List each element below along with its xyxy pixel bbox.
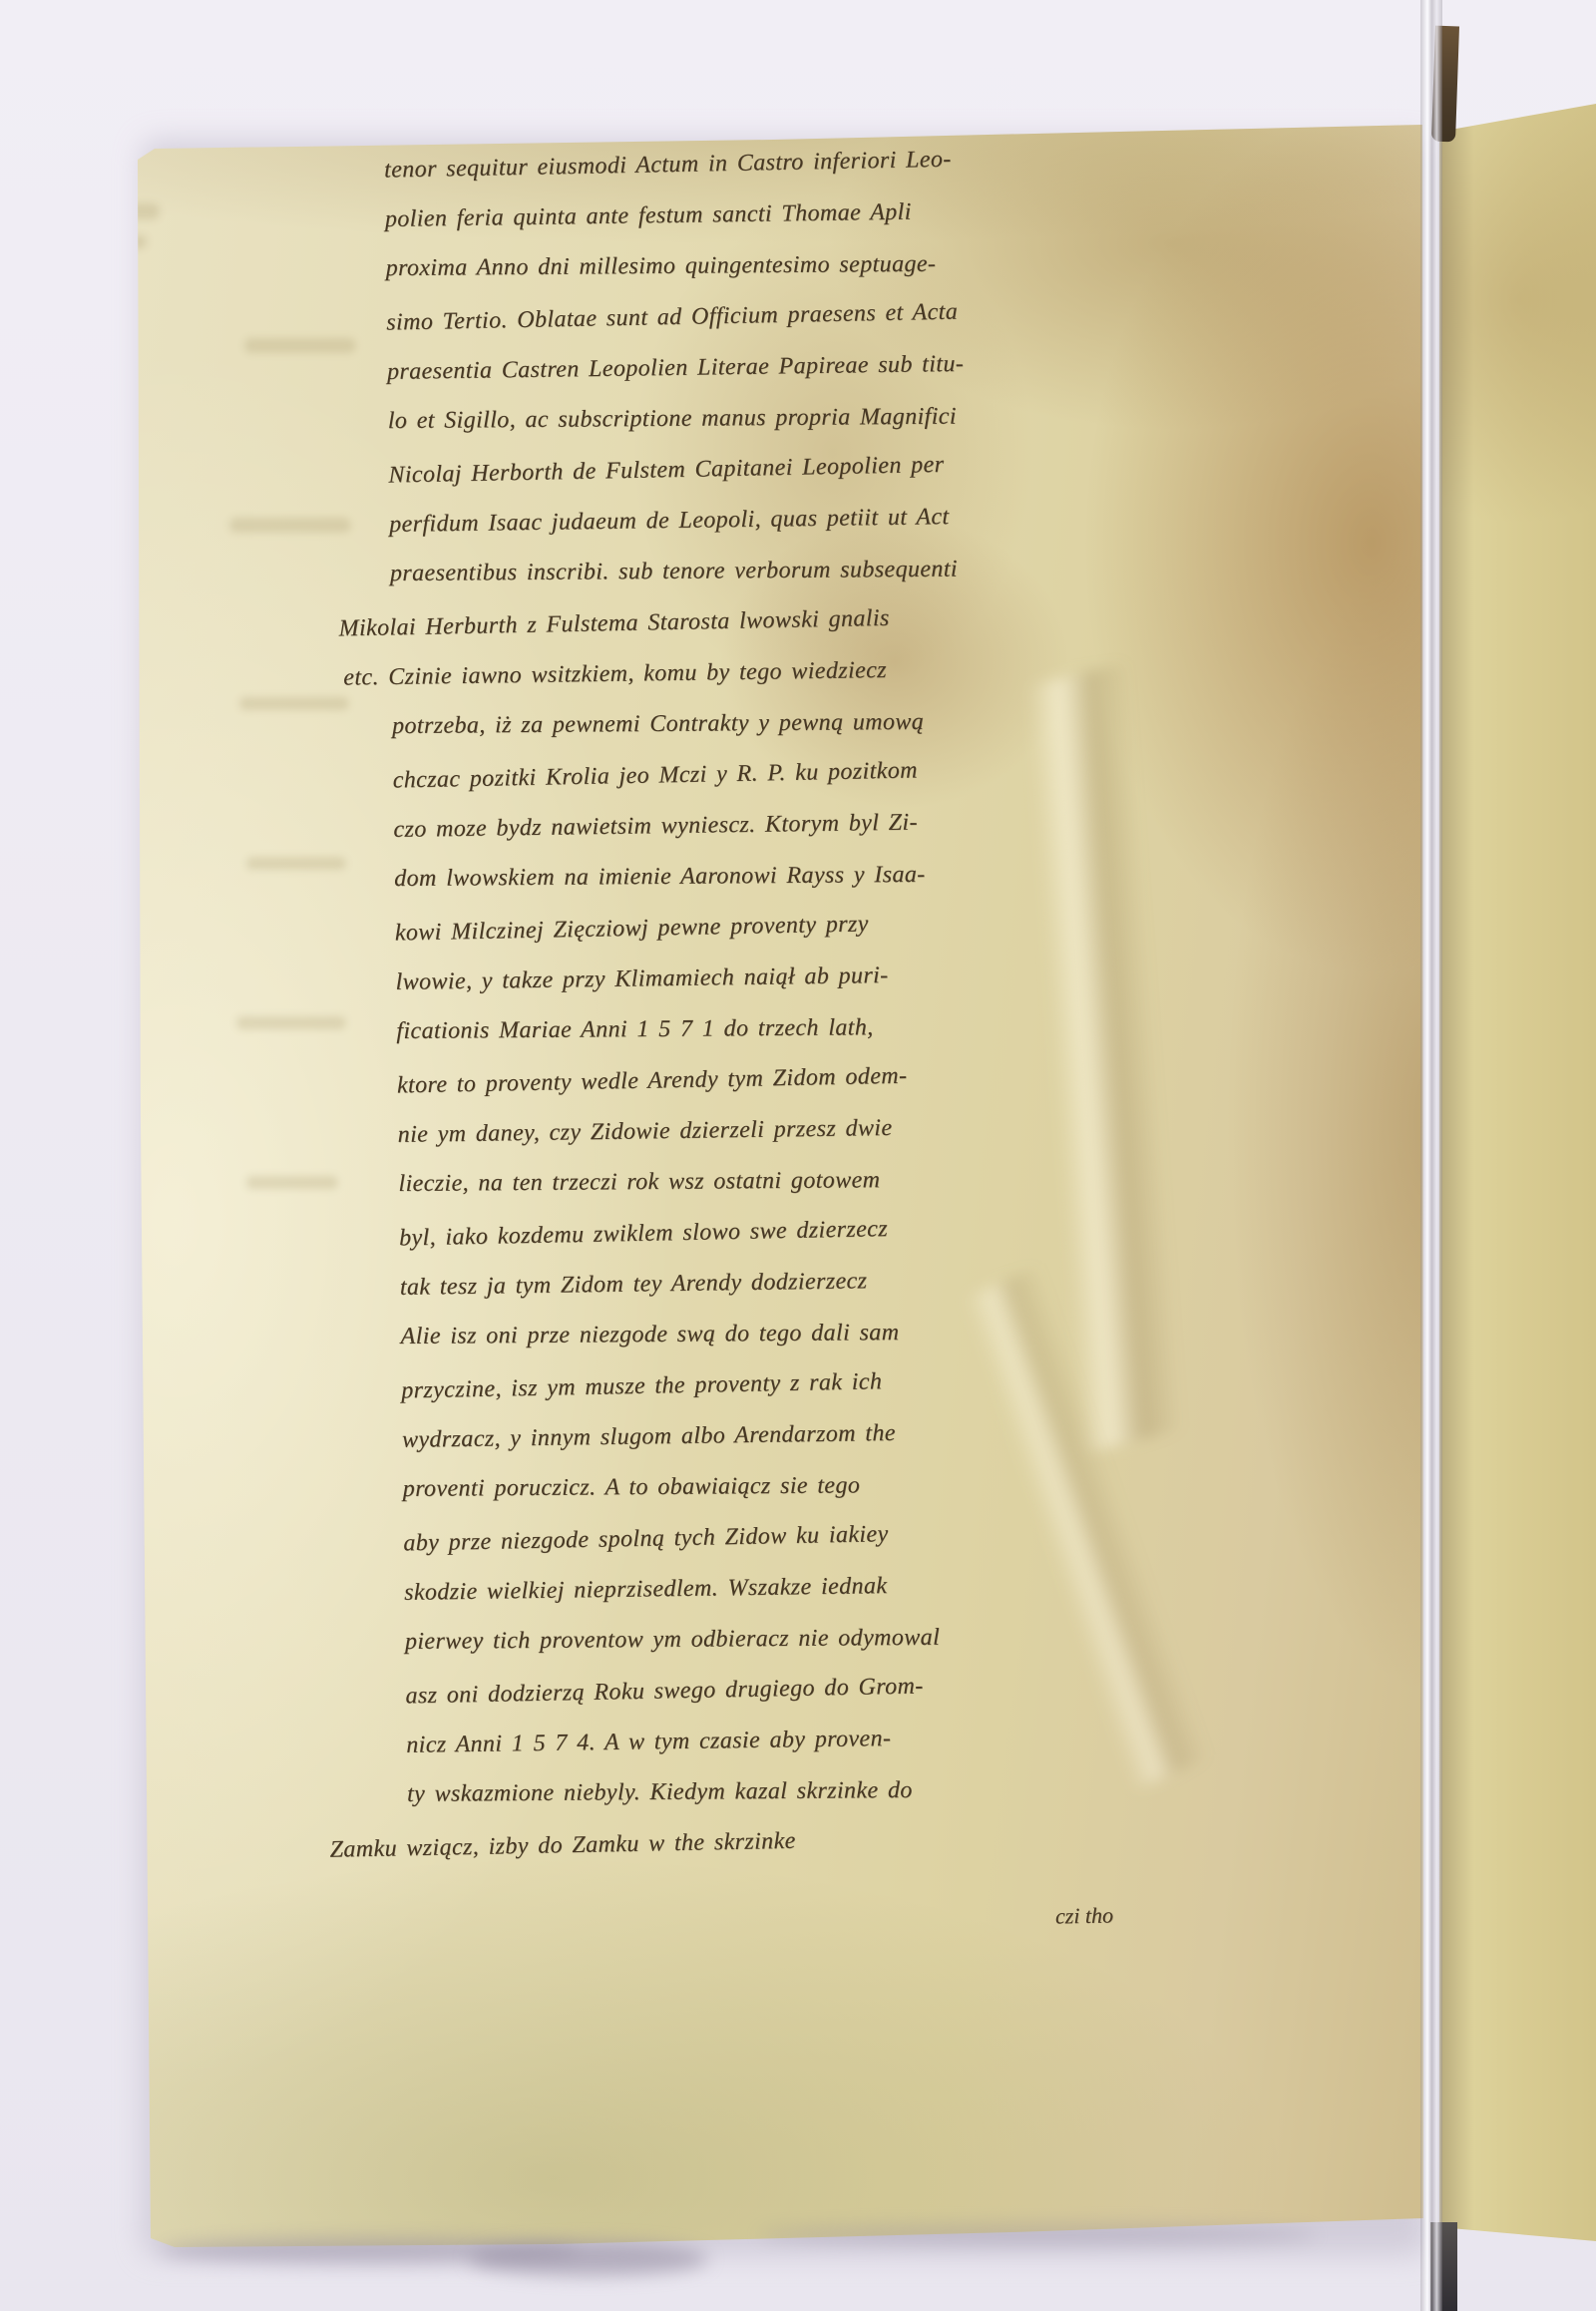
manuscript-line: praesentia Castren Leopolien Literae Pap… [387, 350, 1006, 410]
manuscript-line: skodzie wielkiej nieprzisedlem. Wszakze … [404, 1571, 1023, 1631]
manuscript-line: dom lwowskiem na imienie Aaronowi Rayss … [394, 861, 1012, 917]
manuscript-line: lo et Sigillo, ac subscriptione manus pr… [388, 403, 1006, 459]
manuscript-line: lieczie, na ten trzeczi rok wsz ostatni … [398, 1166, 1016, 1222]
manuscript-photo: tenor sequitur eiusmodi Actum in Castro … [0, 0, 1596, 2311]
adjacent-page-edge [1439, 0, 1596, 2311]
glass-strip [1420, 0, 1442, 2311]
ink-showthrough [246, 1176, 338, 1189]
ink-showthrough [239, 697, 349, 710]
manuscript-line: proventi poruczicz. A to obawiaiącz sie … [403, 1471, 1021, 1527]
manuscript-line: tak tesz ja tym Zidom tey Arendy dodzier… [400, 1266, 1019, 1326]
page-bottom-shadow [469, 2242, 708, 2276]
ink-showthrough [95, 235, 147, 248]
manuscript-text-block: tenor sequitur eiusmodi Actum in Castro … [384, 147, 1026, 1884]
manuscript-line: ty wskazmione niebyly. Kiedym kazal skrz… [407, 1776, 1025, 1832]
ink-showthrough [246, 857, 346, 870]
manuscript-line: Alie isz oni prze niezgode swą do tego d… [401, 1319, 1019, 1374]
ink-showthrough [244, 338, 356, 353]
manuscript-line: proxima Anno dni millesimo quingentesimo… [386, 250, 1004, 306]
catchword: czi tho [1055, 1902, 1114, 1929]
manuscript-line: praesentibus inscribi. sub tenore verbor… [390, 556, 1008, 611]
manuscript-line: perfidum Isaac judaeum de Leopoli, quas … [389, 503, 1008, 563]
manuscript-line: nicz Anni 1 5 7 4. A w tym czasie aby pr… [406, 1724, 1025, 1783]
ink-showthrough [90, 203, 160, 219]
manuscript-line: wydrzacz, y innym slugom albo Arendarzom… [402, 1418, 1021, 1478]
manuscript-line: lwowie, y takze przy Klimamiech naiął ab… [395, 961, 1014, 1020]
manuscript-line: czo moze bydz nawietsim wyniescz. Ktorym… [393, 808, 1012, 868]
ink-showthrough [236, 1016, 346, 1029]
manuscript-line: pierwey tich proventow ym odbieracz nie … [405, 1624, 1023, 1680]
page-bottom-shadow [758, 2224, 1317, 2246]
manuscript-line: polien feria quinta ante festum sancti T… [385, 197, 1004, 257]
ink-showthrough [229, 518, 351, 533]
manuscript-line: potrzeba, iż za pewnemi Contrakty y pewn… [392, 708, 1010, 764]
manuscript-line: ficationis Mariae Anni 1 5 7 1 do trzech… [396, 1013, 1014, 1069]
manuscript-line: nie ym daney, czy Zidowie dzierzeli prze… [398, 1113, 1017, 1173]
